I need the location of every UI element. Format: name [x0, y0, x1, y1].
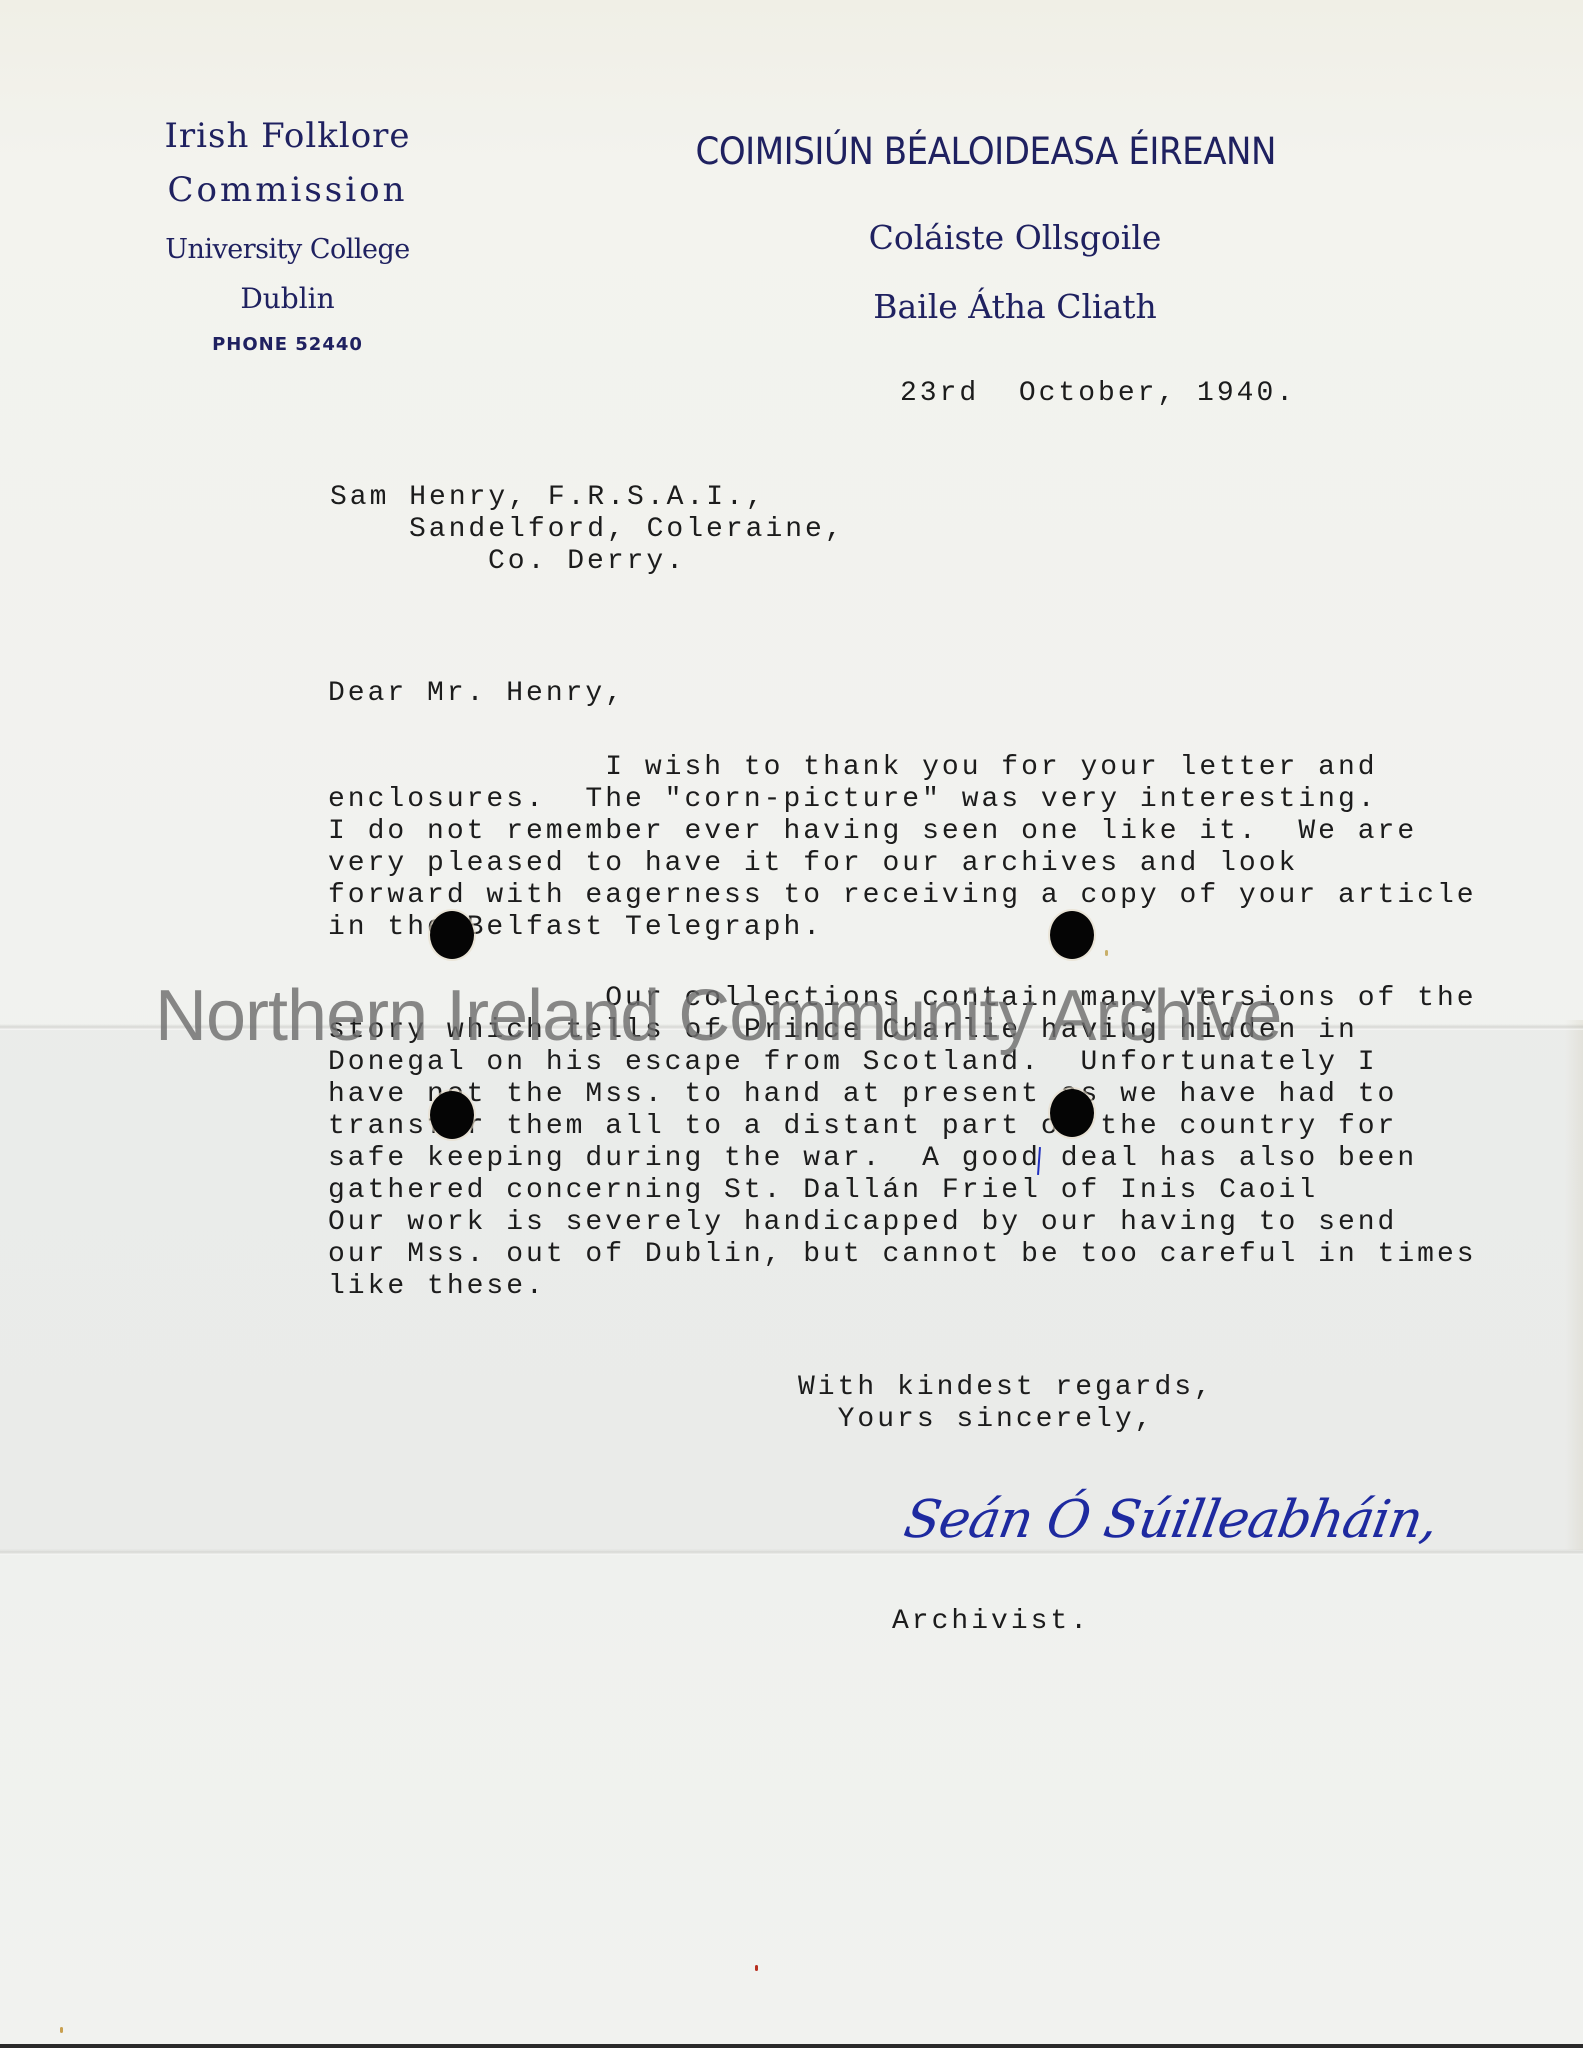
- letterhead-irish-title: COIMISIÚN BÉALOIDEASA ÉIREANN: [650, 130, 1322, 173]
- recipient-street: Sandelford, Coleraine,: [330, 514, 845, 546]
- paper-speck: [755, 1965, 758, 1971]
- letter-date: 23rd October, 1940.: [900, 378, 1296, 410]
- body-line: transfer them all to a distant part of t…: [328, 1111, 1477, 1143]
- body-line: forward with eagerness to receiving a co…: [328, 880, 1477, 912]
- body-line: Our work is severely handicapped by our …: [328, 1207, 1477, 1239]
- letterhead-institution: University College: [150, 234, 425, 265]
- body-line: gathered concerning St. Dallán Friel of …: [328, 1175, 1477, 1207]
- paper-speck: [60, 2027, 63, 2033]
- body-line: I wish to thank you for your letter and: [328, 752, 1477, 784]
- closing-line: Yours sincerely,: [798, 1404, 1214, 1436]
- handwritten-signature: Seán Ó Súilleabháin,: [900, 1490, 1442, 1550]
- recipient-county: Co. Derry.: [330, 546, 845, 578]
- body-line: enclosures. The "corn-picture" was very …: [328, 784, 1477, 816]
- letterhead-irish-institution: Coláiste Ollsgoile: [850, 218, 1180, 257]
- salutation: Dear Mr. Henry,: [328, 678, 625, 710]
- body-line: I do not remember ever having seen one l…: [328, 816, 1477, 848]
- punch-hole: [430, 911, 474, 959]
- letter-paragraph-1: I wish to thank you for your letter ande…: [328, 752, 1477, 944]
- body-line: like these.: [328, 1271, 1477, 1303]
- punch-hole: [430, 1091, 474, 1139]
- body-line: have not the Mss. to hand at present as …: [328, 1079, 1477, 1111]
- letterhead-city: Dublin: [150, 282, 425, 315]
- body-line: in the Belfast Telegraph.: [328, 912, 1477, 944]
- punch-hole: [1050, 1089, 1094, 1137]
- body-line: safe keeping during the war. A good deal…: [328, 1143, 1477, 1175]
- letterhead-org-name-line2: Commission: [150, 170, 425, 210]
- closing-line: With kindest regards,: [798, 1372, 1214, 1404]
- paper-speck: [1105, 950, 1108, 956]
- punch-hole: [1050, 911, 1094, 959]
- paper-edge-shadow: [1565, 1020, 1583, 1550]
- letter-page: Irish Folklore Commission University Col…: [0, 0, 1583, 2044]
- signer-title: Archivist.: [892, 1606, 1090, 1638]
- body-line: our Mss. out of Dublin, but cannot be to…: [328, 1239, 1477, 1271]
- letterhead-org-name-line1: Irish Folklore: [150, 116, 425, 156]
- body-line: very pleased to have it for our archives…: [328, 848, 1477, 880]
- recipient-name: Sam Henry, F.R.S.A.I.,: [330, 482, 845, 514]
- archive-watermark: Northern Ireland Community Archive: [155, 975, 1281, 1057]
- recipient-address: Sam Henry, F.R.S.A.I.,Sandelford, Colera…: [330, 482, 845, 578]
- letterhead-phone: PHONE 52440: [150, 334, 425, 355]
- letterhead-irish-city: Baile Átha Cliath: [850, 287, 1180, 326]
- closing: With kindest regards, Yours sincerely,: [798, 1372, 1214, 1436]
